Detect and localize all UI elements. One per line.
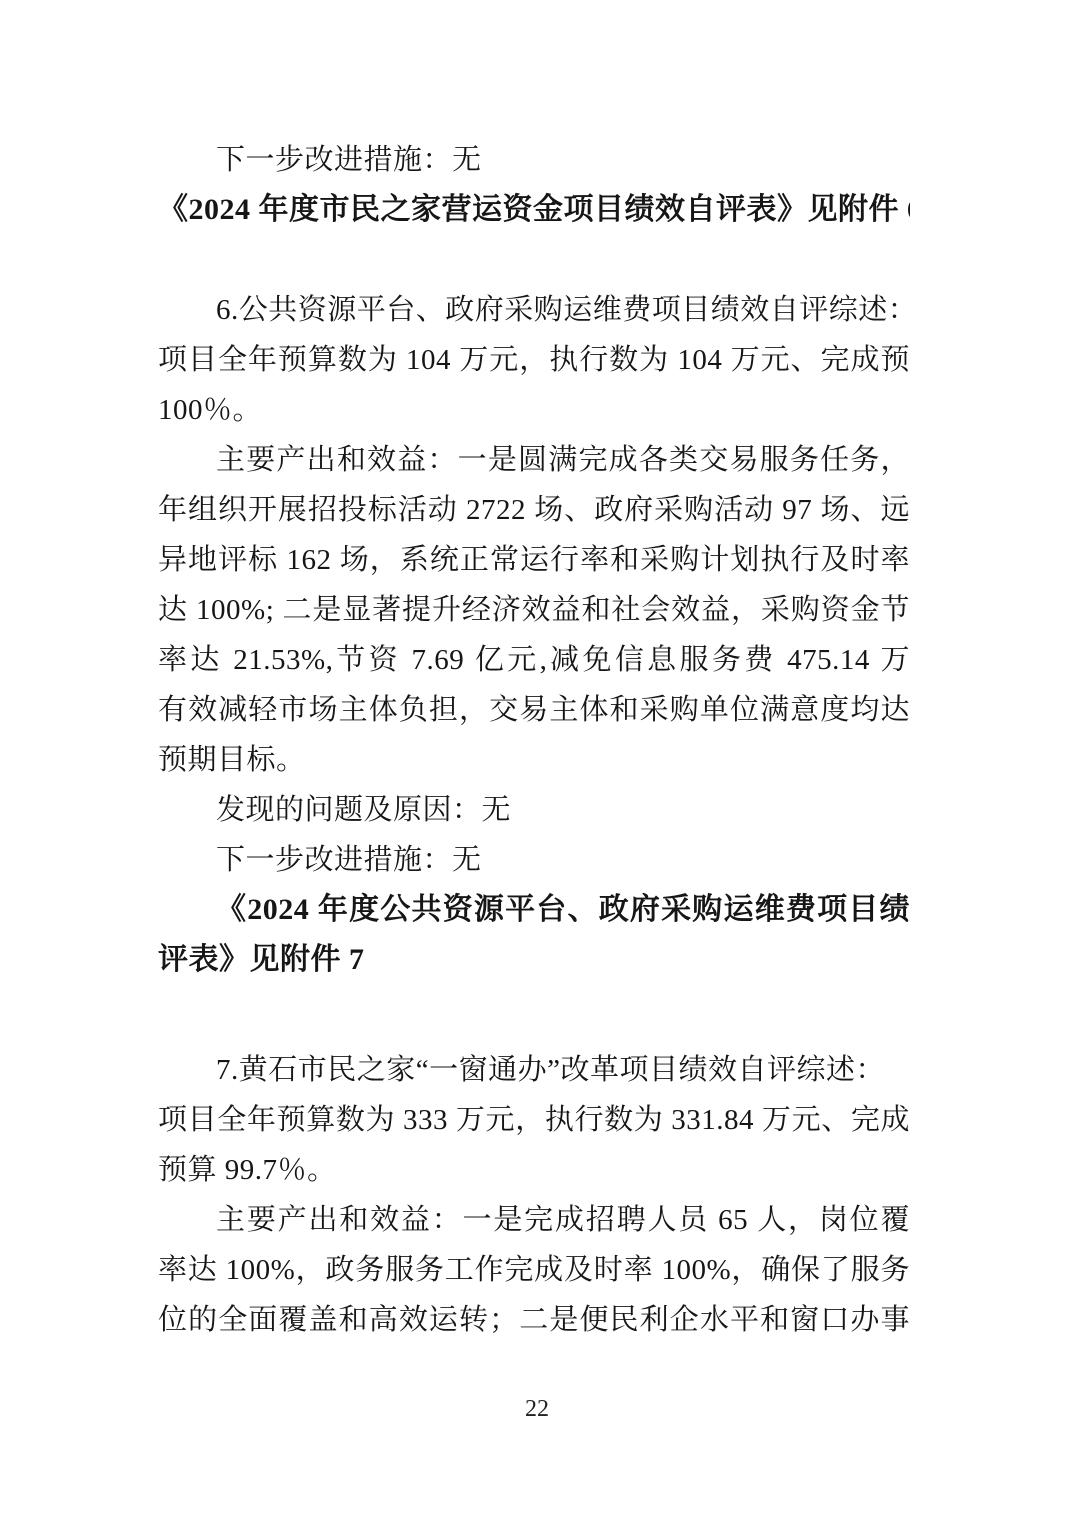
document-page: 下一步改进措施：无《2024 年度市民之家营运资金项目绩效自评表》见附件 66.… (0, 0, 1074, 1520)
line-item6-summary-1: 6.公共资源平台、政府采购运维费项目绩效自评综述： (158, 285, 910, 335)
line-item6-output-7: 预期目标。 (158, 735, 910, 785)
line-item6-output-3: 异地评标 162 场，系统正常运行率和采购计划执行及时率均 (158, 535, 910, 585)
line-attachment6-heading: 《2024 年度市民之家营运资金项目绩效自评表》见附件 6 (158, 185, 910, 235)
line-item7-output-2: 率达 100%，政务服务工作完成及时率 100%，确保了服务岗 (158, 1245, 910, 1295)
line-blank-1 (158, 235, 910, 285)
line-item6-summary-3: 100％。 (158, 385, 910, 435)
page-footer: 22 (0, 1396, 1074, 1423)
page-number: 22 (525, 1396, 549, 1422)
line-item6-problems: 发现的问题及原因：无 (158, 785, 910, 835)
line-item7-output-3: 位的全面覆盖和高效运转；二是便民利企水平和窗口办事效 (158, 1295, 910, 1345)
line-item6-summary-2: 项目全年预算数为 104 万元，执行数为 104 万元、完成预算 (158, 335, 910, 385)
line-item6-output-5: 率达 21.53%,节资 7.69 亿元,减免信息服务费 475.14 万元， (158, 635, 910, 685)
line-item6-output-2: 年组织开展招投标活动 2722 场、政府采购活动 97 场、远程 (158, 485, 910, 535)
line-attachment7-heading-1: 《2024 年度公共资源平台、政府采购运维费项目绩效自 (158, 885, 910, 935)
line-item5-next-step: 下一步改进措施：无 (158, 135, 910, 185)
line-item7-summary-2: 项目全年预算数为 333 万元，执行数为 331.84 万元、完成 (158, 1095, 910, 1145)
line-blank-2 (158, 985, 910, 1035)
line-item7-output-1: 主要产出和效益：一是完成招聘人员 65 人，岗位覆盖 (158, 1195, 910, 1245)
document-content: 下一步改进措施：无《2024 年度市民之家营运资金项目绩效自评表》见附件 66.… (158, 135, 910, 1345)
line-item6-next-step: 下一步改进措施：无 (158, 835, 910, 885)
line-item6-output-4: 达 100%; 二是显著提升经济效益和社会效益，采购资金节约 (158, 585, 910, 635)
line-item6-output-6: 有效减轻市场主体负担，交易主体和采购单位满意度均达到 (158, 685, 910, 735)
line-item6-output-1: 主要产出和效益：一是圆满完成各类交易服务任务，全 (158, 435, 910, 485)
line-attachment7-heading-2: 评表》见附件 7 (158, 935, 910, 985)
line-item7-summary-3: 预算 99.7％。 (158, 1145, 910, 1195)
line-item7-summary-1: 7.黄石市民之家“一窗通办”改革项目绩效自评综述： (158, 1045, 910, 1095)
